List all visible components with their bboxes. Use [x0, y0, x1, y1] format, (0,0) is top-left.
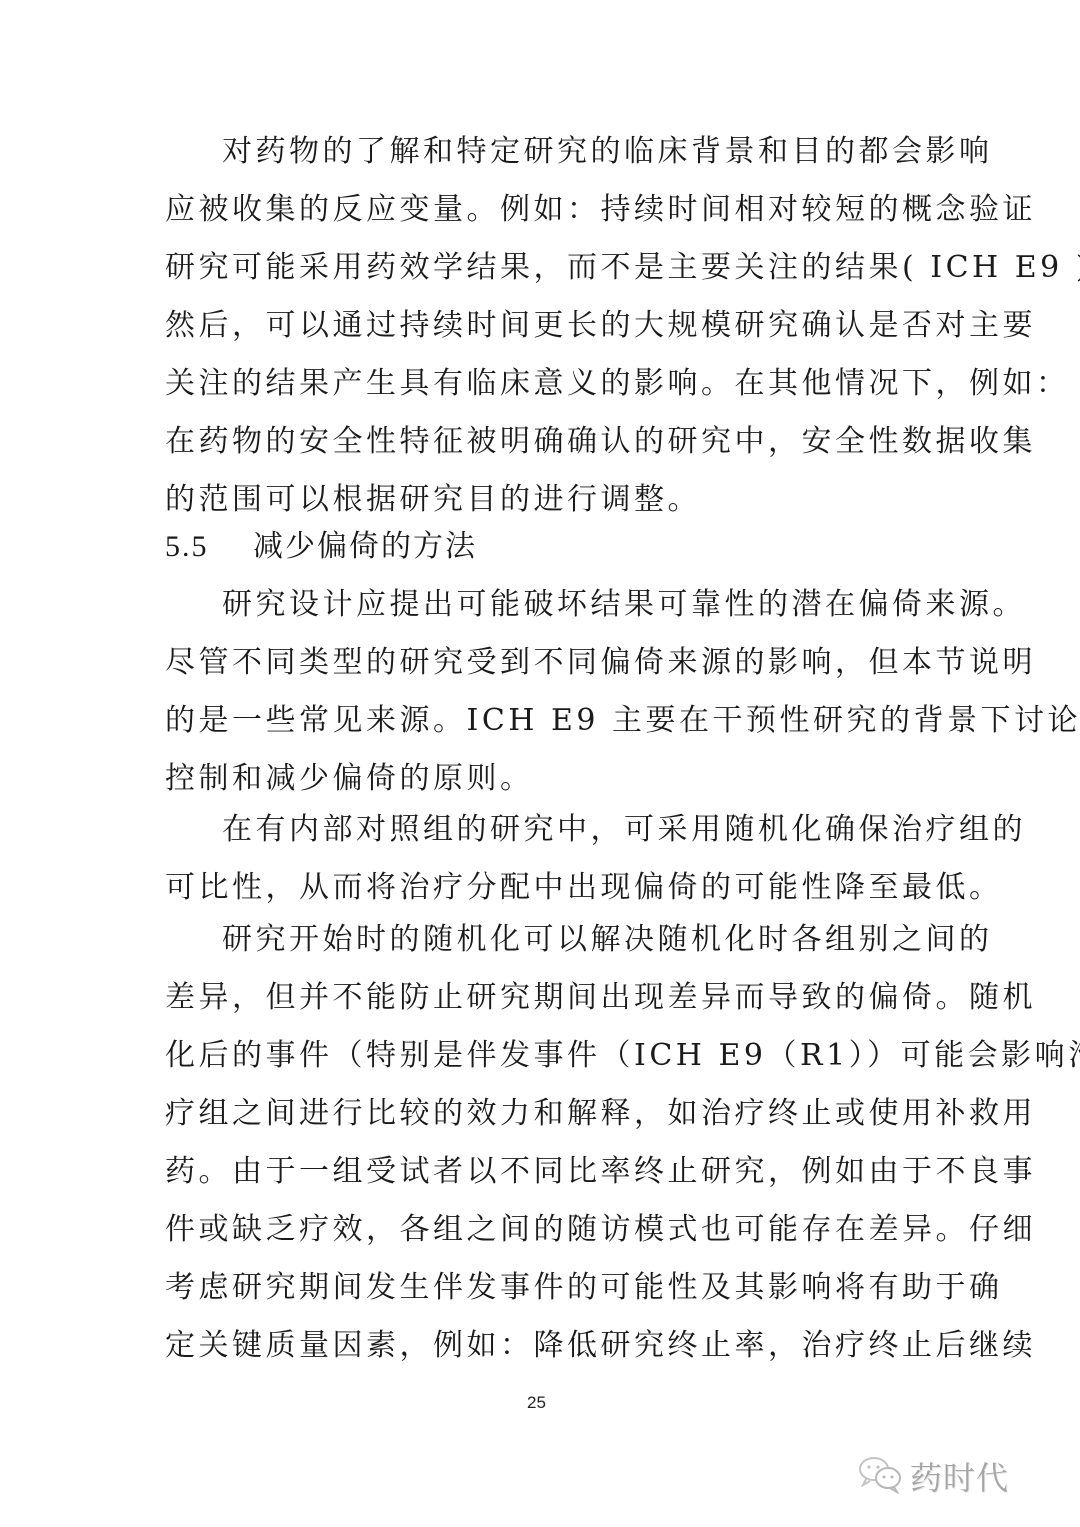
paragraph-line: 件或缺乏疗效，各组之间的随访模式也可能存在差异。仔细 — [165, 1210, 917, 1250]
paragraph-line: 可比性，从而将治疗分配中出现偏倚的可能性降至最低。 — [165, 868, 917, 908]
section-title: 减少偏倚的方法 — [253, 529, 477, 564]
paragraph-line: 疗组之间进行比较的效力和解释，如治疗终止或使用补救用 — [165, 1094, 917, 1134]
document-page: 对药物的了解和特定研究的临床背景和目的都会影响 应被收集的反应变量。例如：持续时… — [0, 0, 1080, 1527]
paragraph-line: 对药物的了解和特定研究的临床背景和目的都会影响 — [222, 132, 917, 172]
section-number: 5.5 — [165, 527, 253, 567]
paragraph-line: 的范围可以根据研究目的进行调整。 — [165, 480, 917, 520]
paragraph-line: 定关键质量因素，例如：降低研究终止率，治疗终止后继续 — [165, 1326, 917, 1366]
paragraph-line: 控制和减少偏倚的原则。 — [165, 759, 917, 799]
paragraph-line: 药。由于一组受试者以不同比率终止研究，例如由于不良事 — [165, 1152, 917, 1192]
paragraph-line: 研究可能采用药效学结果，而不是主要关注的结果( ICH E9 )。 — [165, 248, 917, 288]
paragraph-line: 研究开始时的随机化可以解决随机化时各组别之间的 — [222, 920, 917, 960]
paragraph-line: 然后，可以通过持续时间更长的大规模研究确认是否对主要 — [165, 306, 917, 346]
watermark-text: 药时代 — [910, 1453, 1009, 1499]
section-heading: 5.5减少偏倚的方法 — [165, 527, 477, 567]
paragraph-line: 在药物的安全性特征被明确确认的研究中，安全性数据收集 — [165, 422, 917, 462]
watermark: 药时代 — [858, 1453, 1009, 1499]
paragraph-line: 研究设计应提出可能破坏结果可靠性的潜在偏倚来源。 — [222, 585, 917, 625]
wechat-icon — [858, 1454, 904, 1498]
paragraph-line: 化后的事件（特别是伴发事件（ICH E9（R1））可能会影响治 — [165, 1036, 917, 1076]
paragraph-line: 应被收集的反应变量。例如：持续时间相对较短的概念验证 — [165, 190, 917, 230]
paragraph-line: 考虑研究期间发生伴发事件的可能性及其影响将有助于确 — [165, 1268, 917, 1308]
page-number: 25 — [527, 1393, 546, 1413]
paragraph-line: 差异，但并不能防止研究期间出现差异而导致的偏倚。随机 — [165, 978, 917, 1018]
paragraph-line: 关注的结果产生具有临床意义的影响。在其他情况下，例如： — [165, 364, 917, 404]
paragraph-line: 的是一些常见来源。ICH E9 主要在干预性研究的背景下讨论 — [165, 701, 917, 741]
paragraph-line: 尽管不同类型的研究受到不同偏倚来源的影响，但本节说明 — [165, 643, 917, 683]
paragraph-line: 在有内部对照组的研究中，可采用随机化确保治疗组的 — [222, 810, 917, 850]
